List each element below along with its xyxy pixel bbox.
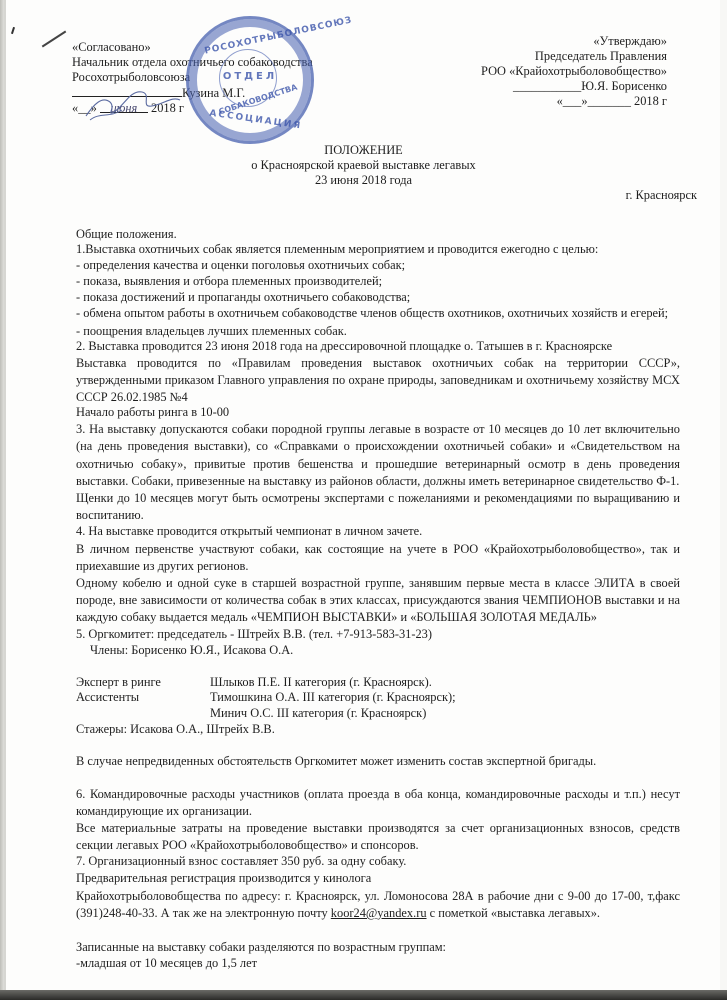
committee-members: Члены: Борисенко Ю.Я., Исакова О.А.: [90, 643, 293, 658]
list-item: - показа достижений и пропаганды охотнич…: [76, 290, 410, 305]
paragraph-2: 2. Выставка проводится 23 июня 2018 года…: [76, 339, 612, 354]
address-note: с пометкой «выставка легавых».: [427, 906, 601, 920]
approval-heading: «Согласовано»: [72, 40, 313, 55]
doc-city: г. Красноярск: [626, 188, 697, 203]
paragraph-3: 3. На выставку допускаются собаки породн…: [76, 421, 680, 490]
expert-name: Шлыков П.Е. II категория (г. Красноярск)…: [210, 675, 432, 689]
scan-bottom-edge: [0, 990, 727, 1000]
approval-organization: РОО «Крайохотрыболовобщество»: [481, 64, 667, 79]
list-item: - поощрения владельцев лучших племенных …: [76, 324, 347, 339]
list-item: - обмена опытом работы в охотничьем соба…: [76, 306, 676, 321]
doc-type: ПОЛОЖЕНИЕ: [0, 143, 727, 158]
paragraph-6-costs: Все материальные затраты на проведение в…: [76, 820, 680, 854]
approval-signer-line: Кузина М.Г.: [72, 85, 313, 101]
list-item: - определения качества и оценки поголовь…: [76, 258, 405, 273]
approval-date-year: 2018 г: [151, 101, 184, 115]
approval-block-left: «Согласовано» Начальник отдела охотничье…: [72, 40, 313, 116]
paragraph-4-awards: Одному кобелю и одной суке в старшей воз…: [76, 575, 680, 626]
approval-organization: Росохотрыболовсоюза: [72, 70, 313, 85]
paragraph-7: 7. Организационный взнос составляет 350 …: [76, 854, 406, 869]
document-title: ПОЛОЖЕНИЕ о Красноярской краевой выставк…: [0, 143, 727, 188]
approval-date-day: «__»: [72, 101, 97, 115]
approval-signer: Кузина М.Г.: [182, 86, 245, 100]
expert-row: АссистентыТимошкина О.А. III категория (…: [76, 690, 456, 705]
approval-position: Председатель Правления: [481, 49, 667, 64]
paragraph-1-intro: 1.Выставка охотничьих собак является пле…: [76, 242, 598, 257]
approval-block-right: «Утверждаю» Председатель Правления РОО «…: [481, 34, 667, 109]
ring-start-time: Начало работы ринга в 10-00: [76, 405, 229, 420]
section-title: Общие положения.: [76, 227, 177, 242]
paragraph-4: 4. На выставке проводится открытый чемпи…: [76, 524, 422, 539]
approval-signer-line: ___________Ю.Я. Борисенко: [481, 79, 667, 94]
doc-subject: о Красноярской краевой выставке легавых: [0, 158, 727, 173]
approval-date-month: июня: [100, 101, 148, 113]
registration-note: Предварительная регистрация производится…: [76, 871, 371, 886]
expert-role: Ассистенты: [76, 690, 210, 705]
paragraph-4-participants: В личном первенстве участвуют собаки, ка…: [76, 541, 680, 575]
expert-name: Тимошкина О.А. III категория (г. Красноя…: [210, 690, 456, 704]
doc-date: 23 июня 2018 года: [0, 173, 727, 188]
expert-name: Минич О.С. III категория (г. Красноярск): [210, 706, 426, 720]
approval-date-line: «___»_______ 2018 г: [481, 94, 667, 109]
trainees: Стажеры: Исакова О.А., Штрейх В.В.: [76, 722, 275, 737]
paragraph-5: 5. Оргкомитет: председатель - Штрейх В.В…: [76, 627, 432, 642]
paragraph-3-puppies: Щенки до 10 месяцев могут быть осмотрены…: [76, 490, 680, 524]
paragraph-2-rules: Выставка проводится по «Правилам проведе…: [76, 355, 680, 406]
age-groups-intro: Записанные на выставку собаки разделяютс…: [76, 940, 446, 955]
registration-address: Крайохотрыболовобщества по адресу: г. Кр…: [76, 888, 680, 922]
expert-role: Эксперт в ринге: [76, 675, 210, 690]
approval-heading: «Утверждаю»: [481, 34, 667, 49]
expert-row: Эксперт в рингеШлыков П.Е. II категория …: [76, 675, 432, 690]
list-item: -младшая от 10 месяцев до 1,5 лет: [76, 956, 257, 971]
email-link[interactable]: koor24@yandex.ru: [331, 906, 427, 920]
approval-date-line: «__» июня 2018 г: [72, 101, 313, 116]
approval-position: Начальник отдела охотничьего собаководст…: [72, 55, 313, 70]
paragraph-6: 6. Командировочные расходы участников (о…: [76, 786, 680, 820]
signature-blank: [72, 85, 182, 97]
list-item: - показа, выявления и отбора племенных п…: [76, 274, 382, 289]
expert-row: Минич О.С. III категория (г. Красноярск): [76, 706, 426, 721]
contingency-note: В случае непредвиденных обстоятельств Ор…: [76, 754, 596, 769]
